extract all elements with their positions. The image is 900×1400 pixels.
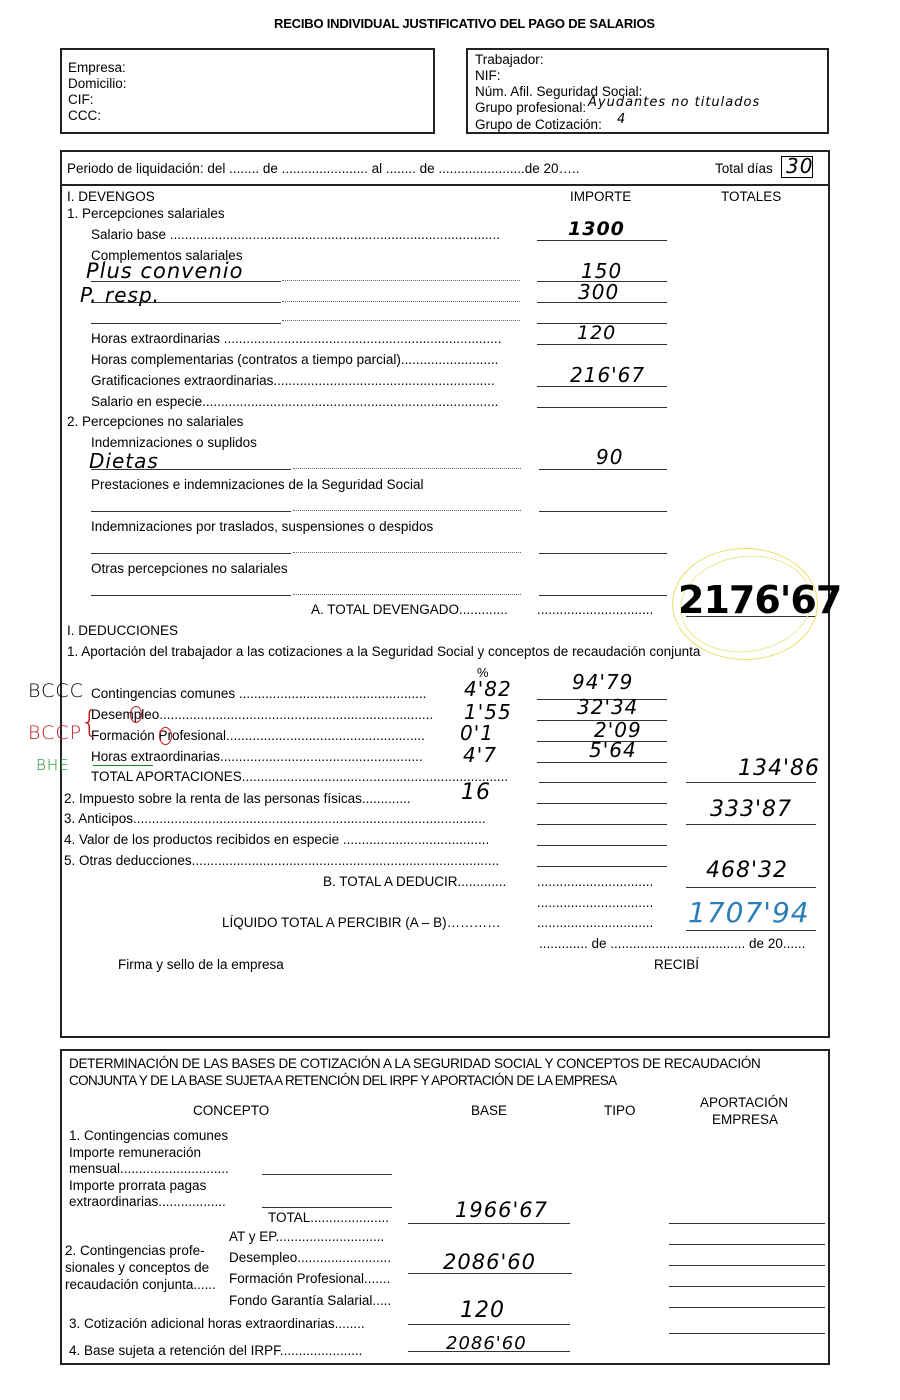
recibi-label: RECIBÍ (654, 957, 699, 972)
indemn-concept[interactable]: Dietas (89, 449, 159, 473)
liquido-dots: ............................... (537, 915, 653, 930)
he-base-label: 3. Cotización adicional horas extraordin… (69, 1316, 365, 1331)
total-cc-base[interactable]: 1966'67 (455, 1198, 548, 1222)
fecha-text: ............. de .......................… (539, 936, 805, 951)
especie-label: Salario en especie......................… (91, 394, 498, 409)
ded-item-pct[interactable]: 0'1 (460, 721, 494, 745)
circle-mark-icon (159, 727, 172, 745)
no-salariales-heading: 2. Percepciones no salariales (67, 414, 243, 429)
total-devengado-label: A. TOTAL DEVENGADO............. (311, 602, 508, 617)
complemento-dots (282, 280, 520, 281)
indemn-dots (293, 468, 521, 469)
ded-item-label: Desempleo...............................… (91, 707, 433, 722)
liquido-label: LÍQUIDO TOTAL A PERCIBIR (A – B)………… (222, 915, 501, 930)
grupo-cotizacion-label: Grupo de Cotización: (475, 116, 602, 133)
col-importe-header: IMPORTE (570, 189, 631, 204)
fp-line (669, 1286, 825, 1287)
annotation-bccp: BCCP (28, 722, 82, 744)
total-deducir-dots: ............................... (537, 874, 653, 889)
otras-value-line (539, 595, 667, 596)
fp-base-label: Formación Profesional....... (229, 1271, 390, 1286)
cif-label: CIF: (68, 91, 94, 108)
cp-heading-2: sionales y conceptos de (65, 1260, 209, 1275)
total-cc-aportacion-line (669, 1223, 825, 1224)
irpf-total-line (686, 824, 816, 825)
col-totales-header: TOTALES (721, 189, 781, 204)
prestaciones-concept-line (91, 511, 291, 512)
complemento-value[interactable]: 300 (578, 280, 619, 304)
ded-item-pct[interactable]: 4'7 (463, 743, 497, 767)
salario-base-label: Salario base ...........................… (91, 227, 500, 242)
horas-compl-label: Horas complementarias (contratos a tiemp… (91, 352, 498, 367)
irpf-label: 2. Impuesto sobre la renta de las person… (64, 791, 411, 806)
prorrata-label-1: Importe prorrata pagas (69, 1178, 206, 1193)
prestaciones-label: Prestaciones e indemnizaciones de la Seg… (91, 477, 423, 492)
cp-heading-3: recaudación conjunta...... (65, 1277, 216, 1292)
atep-line (669, 1244, 825, 1245)
grupo-profesional-label: Grupo profesional: (475, 99, 586, 116)
he-base[interactable]: 120 (460, 1298, 505, 1323)
total-dias-label: Total días (715, 161, 773, 176)
indemn-value[interactable]: 90 (596, 445, 623, 469)
domicilio-label: Domicilio: (68, 75, 127, 92)
traslados-label: Indemnizaciones por traslados, suspensio… (91, 519, 433, 534)
desempleo-base-label: Desempleo......................... (229, 1250, 391, 1265)
fgs-line (669, 1307, 825, 1308)
otras-percepciones-label: Otras percepciones no salariales (91, 561, 288, 576)
col-empresa-header: EMPRESA (712, 1112, 778, 1127)
aportacion-heading: 1. Aportación del trabajador a las cotiz… (67, 644, 700, 659)
irpf-base-label: 4. Base sujeta a retención del IRPF.....… (69, 1343, 362, 1358)
empresa-label: Empresa: (68, 59, 126, 76)
remuneracion-label-2: mensual............................. (69, 1161, 229, 1176)
total-aportaciones-value[interactable]: 134'86 (738, 756, 820, 781)
salario-base-value[interactable]: 1300 (568, 218, 625, 240)
liquido-line (686, 930, 816, 931)
anticipos-label: 3. Anticipos............................… (64, 811, 486, 826)
complemento-concept[interactable]: P. resp. (80, 283, 160, 307)
ded-item-label: Contingencias comunes ..................… (91, 686, 426, 701)
ded-item-value[interactable]: 5'64 (589, 738, 637, 762)
total-deducir-label: B. TOTAL A DEDUCIR............. (323, 874, 506, 889)
horas-extra-value[interactable]: 120 (577, 322, 616, 344)
prestaciones-value-line (539, 511, 667, 512)
cp-base[interactable]: 2086'60 (443, 1250, 536, 1274)
gratificaciones-value[interactable]: 216'67 (570, 363, 645, 387)
ded-item-value[interactable]: 32'34 (577, 695, 638, 719)
prorrata-line (262, 1207, 392, 1208)
total-aportaciones-line (539, 782, 667, 783)
otras-ded-line (537, 866, 667, 867)
otras-dots (293, 594, 521, 595)
total-aportaciones-label: TOTAL APORTACIONES......................… (91, 769, 508, 784)
complemento-concept[interactable]: Plus convenio (86, 259, 243, 283)
traslados-dots (293, 552, 521, 553)
total-cc-base-line (408, 1223, 570, 1224)
traslados-value-line (539, 553, 667, 554)
nif-label: NIF: (475, 67, 501, 84)
ded-item-line (537, 762, 667, 763)
trabajador-label: Trabajador: (475, 51, 544, 68)
grupo-profesional-value[interactable]: Ayudantes no titulados (588, 95, 760, 110)
irpf-value[interactable]: 333'87 (710, 797, 792, 822)
horas-extra-line (537, 344, 667, 345)
bases-heading-line2: CONJUNTA Y DE LA BASE SUJETA A RETENCIÓN… (69, 1073, 617, 1088)
total-dias-value[interactable]: 30 (786, 154, 813, 178)
col-base-header: BASE (471, 1103, 507, 1118)
irpf-pct[interactable]: 16 (461, 780, 491, 805)
total-devengado-dots: ............................... (537, 602, 653, 617)
ded-item-label: Formación Profesional...................… (91, 728, 425, 743)
cc-heading: 1. Contingencias comunes (69, 1128, 228, 1143)
traslados-concept-line (91, 553, 291, 554)
especie-ded-label: 4. Valor de los productos recibidos en e… (64, 832, 489, 847)
salario-base-line (537, 240, 667, 241)
col-aportacion-header: APORTACIÓN (700, 1095, 788, 1110)
circle-mark-icon (130, 706, 142, 723)
brace-icon: { (80, 708, 99, 738)
he-base-line (408, 1324, 570, 1325)
green-underline (93, 765, 153, 766)
liquido-dots-upper: ............................... (537, 895, 653, 910)
indemn-suplidos-label: Indemnizaciones o suplidos (91, 435, 257, 450)
ded-item-label: Horas extraordinarias...................… (91, 749, 423, 764)
anticipos-line (537, 824, 667, 825)
total-devengado-value[interactable]: 2176'67 (678, 578, 841, 622)
total-cc-label: TOTAL..................... (268, 1210, 389, 1225)
especie-line (537, 407, 667, 408)
annotation-bccc: BCCC (28, 680, 84, 702)
remuneracion-label-1: Importe remuneración (69, 1145, 201, 1160)
ded-item-value[interactable]: 94'79 (572, 670, 633, 694)
firma-label: Firma y sello de la empresa (118, 957, 284, 972)
gratificaciones-label: Gratificaciones extraordinarias.........… (91, 373, 495, 388)
irpf-line (537, 803, 667, 804)
total-aportaciones-total-line (686, 782, 816, 783)
grupo-cotizacion-value[interactable]: 4 (617, 112, 626, 127)
horas-extra-label: Horas extraordinarias ..................… (91, 331, 501, 346)
ded-item-pct[interactable]: 4'82 (464, 677, 512, 701)
total-deducir-line (686, 887, 816, 888)
indemn-value-line (539, 469, 667, 470)
bases-heading-line1: DETERMINACIÓN DE LAS BASES DE COTIZACIÓN… (69, 1056, 760, 1071)
cp-heading-1: 2. Contingencias profe- (65, 1243, 205, 1258)
prestaciones-dots (293, 510, 521, 511)
complemento-concept-line (91, 323, 281, 324)
document-title: RECIBO INDIVIDUAL JUSTIFICATIVO DEL PAGO… (274, 16, 655, 31)
periodo-text: Periodo de liquidación: del ........ de … (67, 161, 580, 176)
ccc-label: CCC: (68, 107, 101, 124)
desempleo-line (669, 1265, 825, 1266)
col-tipo-header: TIPO (604, 1103, 636, 1118)
he-aportacion-line (669, 1333, 825, 1334)
complemento-dots (282, 301, 520, 302)
periodo-divider (61, 184, 829, 186)
col-concepto-header: CONCEPTO (193, 1103, 269, 1118)
prorrata-label-2: extraordinarias.................. (69, 1194, 226, 1209)
total-deducir-value[interactable]: 468'32 (706, 858, 788, 883)
salariales-heading: 1. Percepciones salariales (67, 206, 225, 221)
complemento-dots (282, 320, 520, 321)
otras-ded-label: 5. Otras deducciones....................… (64, 853, 499, 868)
otras-concept-line (91, 595, 291, 596)
remuneracion-line (262, 1174, 392, 1175)
especie-ded-line (537, 845, 667, 846)
irpf-base[interactable]: 2086'60 (446, 1333, 527, 1354)
liquido-value[interactable]: 1707'94 (688, 896, 810, 929)
atep-label: AT y EP............................. (229, 1229, 384, 1244)
devengos-heading: I. DEVENGOS (67, 189, 155, 204)
deducciones-heading: I. DEDUCCIONES (67, 623, 178, 638)
fgs-label: Fondo Garantía Salarial..... (229, 1293, 391, 1308)
annotation-bhe: BHE (36, 756, 70, 774)
